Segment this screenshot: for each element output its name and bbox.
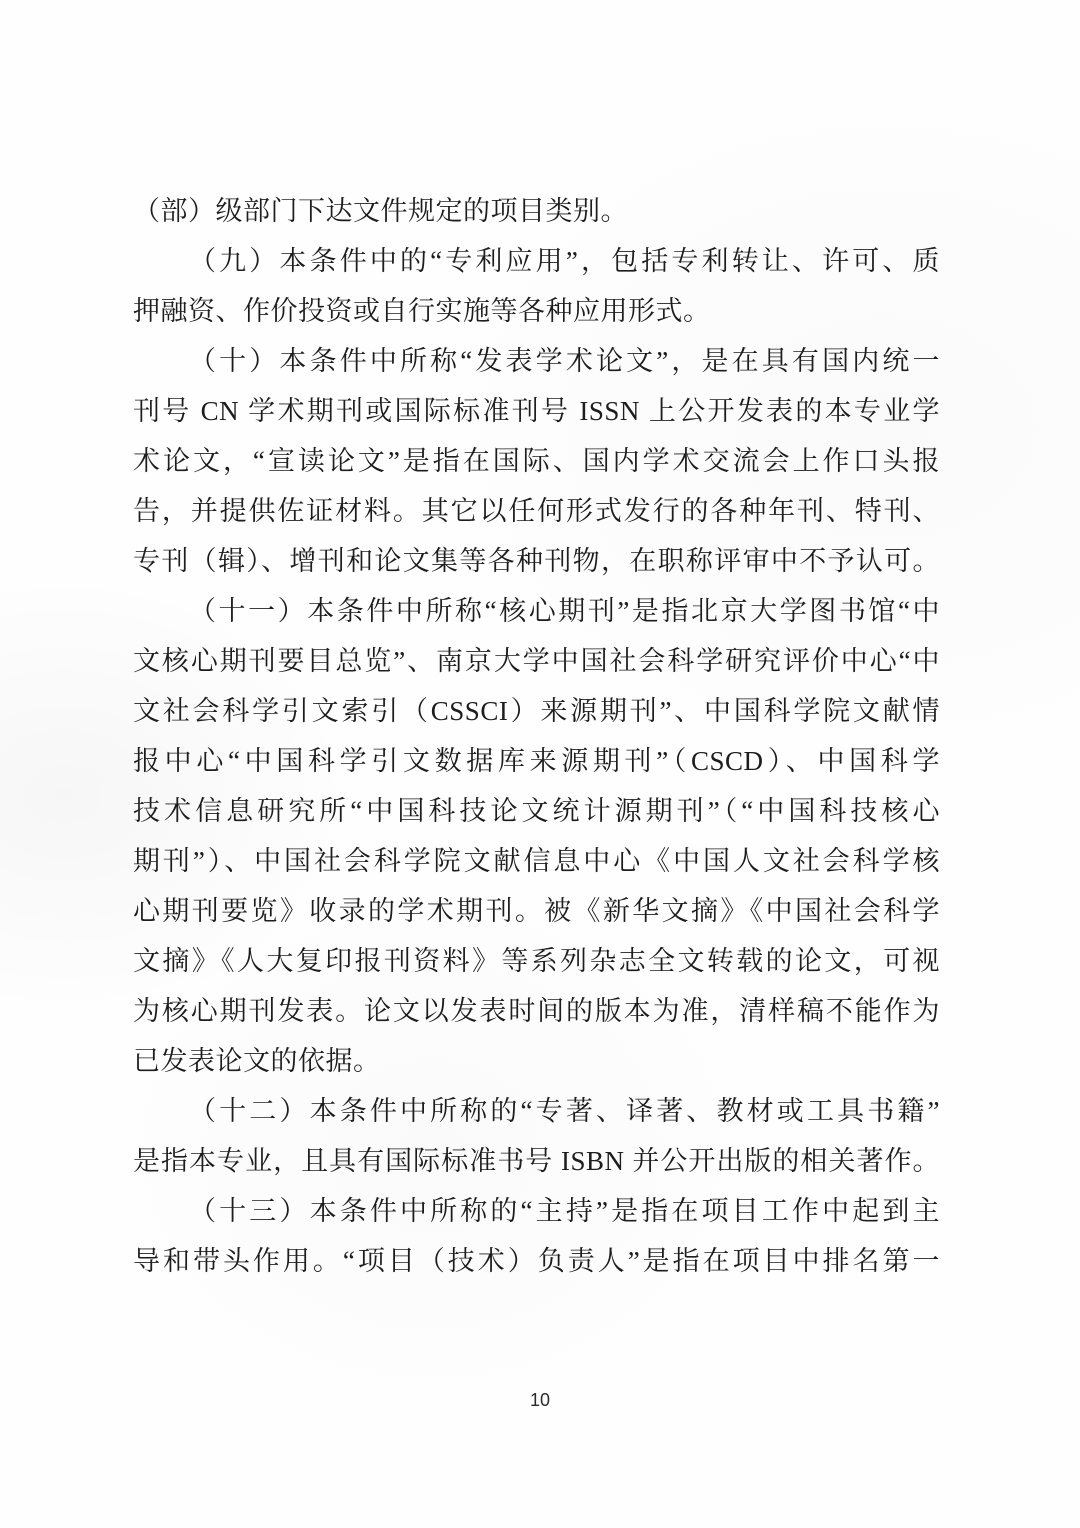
body-line: （九）本条件中的“专利应用”，包括专利转让、许可、质 xyxy=(133,236,940,286)
document-page: （部）级部门下达文件规定的项目类别。 （九）本条件中的“专利应用”，包括专利转让… xyxy=(0,0,1080,1528)
body-line: 已发表论文的依据。 xyxy=(133,1036,940,1086)
document-body: （部）级部门下达文件规定的项目类别。 （九）本条件中的“专利应用”，包括专利转让… xyxy=(133,186,940,1286)
body-line: 专刊（辑）、增刊和论文集等各种刊物，在职称评审中不予认可。 xyxy=(133,536,940,586)
body-line: 刊号 CN 学术期刊或国际标准刊号 ISSN 上公开发表的本专业学 xyxy=(133,386,940,436)
body-line: （十二）本条件中所称的“专著、译著、教材或工具书籍” xyxy=(133,1086,940,1136)
body-line: （十一）本条件中所称“核心期刊”是指北京大学图书馆“中 xyxy=(133,586,940,636)
page-number: 10 xyxy=(0,1386,1080,1414)
body-line: 技术信息研究所“中国科技论文统计源期刊”（“中国科技核心 xyxy=(133,786,940,836)
body-line: 文摘》《人大复印报刊资料》等系列杂志全文转载的论文，可视 xyxy=(133,936,940,986)
body-line: 文核心期刊要目总览”、南京大学中国社会科学研究评价中心“中 xyxy=(133,636,940,686)
body-line: 导和带头作用。“项目（技术）负责人”是指在项目中排名第一 xyxy=(133,1236,940,1286)
body-line: 是指本专业，且具有国际标准书号 ISBN 并公开出版的相关著作。 xyxy=(133,1136,940,1186)
body-line: 为核心期刊发表。论文以发表时间的版本为准，清样稿不能作为 xyxy=(133,986,940,1036)
body-line: 告，并提供佐证材料。其它以任何形式发行的各种年刊、特刊、 xyxy=(133,486,940,536)
body-line: 文社会科学引文索引（CSSCI）来源期刊”、中国科学院文献情 xyxy=(133,686,940,736)
body-line: 押融资、作价投资或自行实施等各种应用形式。 xyxy=(133,286,940,336)
body-line: 期刊”）、中国社会科学院文献信息中心《中国人文社会科学核 xyxy=(133,836,940,886)
body-line: 心期刊要览》收录的学术期刊。被《新华文摘》《中国社会科学 xyxy=(133,886,940,936)
body-line: （十）本条件中所称“发表学术论文”，是在具有国内统一 xyxy=(133,336,940,386)
body-line: 术论文，“宣读论文”是指在国际、国内学术交流会上作口头报 xyxy=(133,436,940,486)
body-line: （部）级部门下达文件规定的项目类别。 xyxy=(133,186,940,236)
body-line: 报中心“中国科学引文数据库来源期刊”（CSCD）、中国科学 xyxy=(133,736,940,786)
body-line: （十三）本条件中所称的“主持”是指在项目工作中起到主 xyxy=(133,1186,940,1236)
